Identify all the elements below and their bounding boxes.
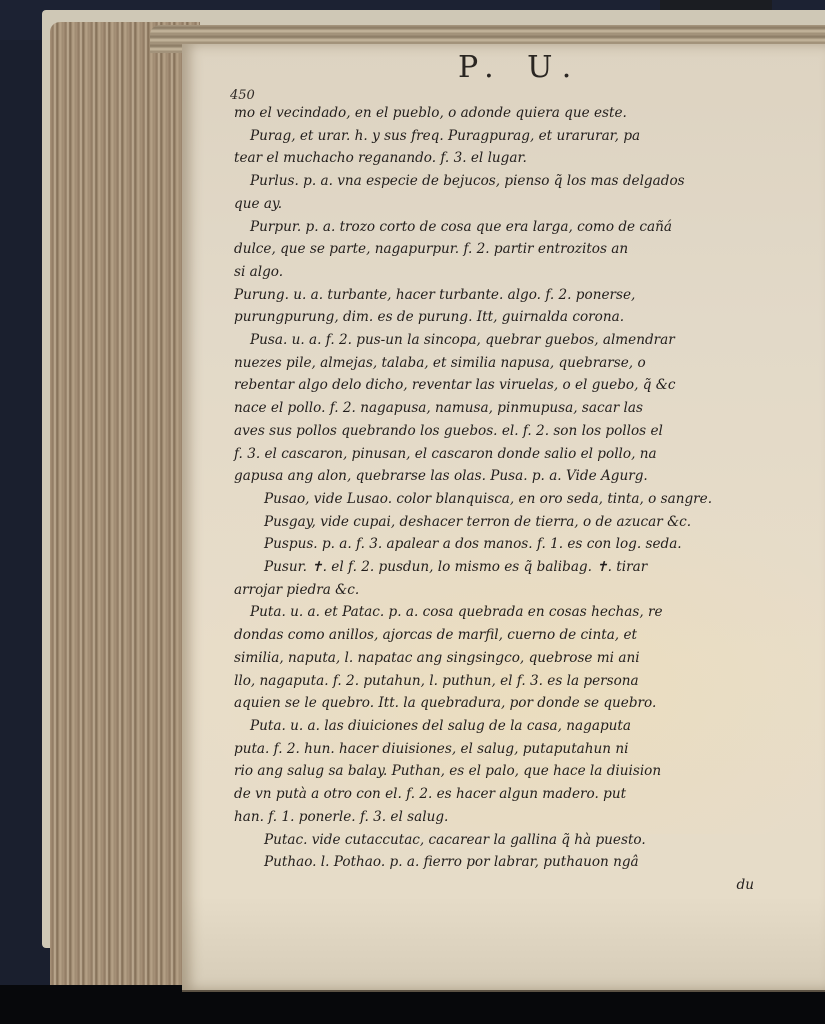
text-line: Puthao. l. Pothao. p. a. fierro por labr… — [234, 851, 804, 874]
text-line: rebentar algo delo dicho, reventar las v… — [234, 374, 804, 397]
text-line: que ay. — [234, 193, 804, 216]
text-line: llo, nagaputa. f. 2. putahun, l. puthun,… — [234, 670, 804, 693]
text-line: han. f. 1. ponerle. f. 3. el salug. — [234, 806, 804, 829]
text-line: Purung. u. a. turbante, hacer turbante. … — [234, 284, 804, 307]
text-line: si algo. — [234, 261, 804, 284]
text-line: Pusur. ✝. el f. 2. pusdun, lo mismo es q… — [234, 556, 804, 579]
text-line: f. 3. el cascaron, pinusan, el cascaron … — [234, 443, 804, 466]
text-line: Purag, et urar. h. y sus freq. Puragpura… — [234, 125, 804, 148]
text-line: du — [234, 874, 804, 897]
text-line: Putac. vide cutaccutac, cacarear la gall… — [234, 829, 804, 852]
manuscript-text: mo el vecindado, en el pueblo, o adonde … — [234, 102, 804, 897]
text-line: Pusgay, vide cupai, deshacer terron de t… — [234, 511, 804, 534]
text-line: mo el vecindado, en el pueblo, o adonde … — [234, 102, 804, 125]
page-edges-left — [50, 22, 200, 987]
text-line: Purpur. p. a. trozo corto de cosa que er… — [234, 216, 804, 239]
page-header: P. U. — [458, 50, 583, 85]
text-line: Puta. u. a. las diuiciones del salug de … — [234, 715, 804, 738]
text-line: Pusa. u. a. f. 2. pus-un la sincopa, que… — [234, 329, 804, 352]
text-line: nace el pollo. f. 2. nagapusa, namusa, p… — [234, 397, 804, 420]
text-line: rio ang salug sa balay. Puthan, es el pa… — [234, 760, 804, 783]
text-line: purungpurung, dim. es de purung. Itt, gu… — [234, 306, 804, 329]
text-line: dulce, que se parte, nagapurpur. f. 2. p… — [234, 238, 804, 261]
text-line: Purlus. p. a. vna especie de bejucos, pi… — [234, 170, 804, 193]
text-line: dondas como anillos, ajorcas de marfil, … — [234, 624, 804, 647]
page-number: 450 — [230, 88, 255, 103]
text-line: arrojar piedra &c. — [234, 579, 804, 602]
text-line: Puspus. p. a. f. 3. apalear a dos manos.… — [234, 533, 804, 556]
manuscript-page: P. U. 450 mo el vecindado, en el pueblo,… — [182, 44, 825, 992]
text-line: Puta. u. a. et Patac. p. a. cosa quebrad… — [234, 601, 804, 624]
text-line: nuezes pile, almejas, talaba, et similia… — [234, 352, 804, 375]
text-line: similia, naputa, l. napatac ang singsing… — [234, 647, 804, 670]
text-line: de vn putà a otro con el. f. 2. es hacer… — [234, 783, 804, 806]
text-line: aquien se le quebro. Itt. la quebradura,… — [234, 692, 804, 715]
text-line: puta. f. 2. hun. hacer diuisiones, el sa… — [234, 738, 804, 761]
text-line: Pusao, vide Lusao. color blanquisca, en … — [234, 488, 804, 511]
text-line: gapusa ang alon, quebrarse las olas. Pus… — [234, 465, 804, 488]
text-line: tear el muchacho reganando. f. 3. el lug… — [234, 147, 804, 170]
text-line: aves sus pollos quebrando los guebos. el… — [234, 420, 804, 443]
